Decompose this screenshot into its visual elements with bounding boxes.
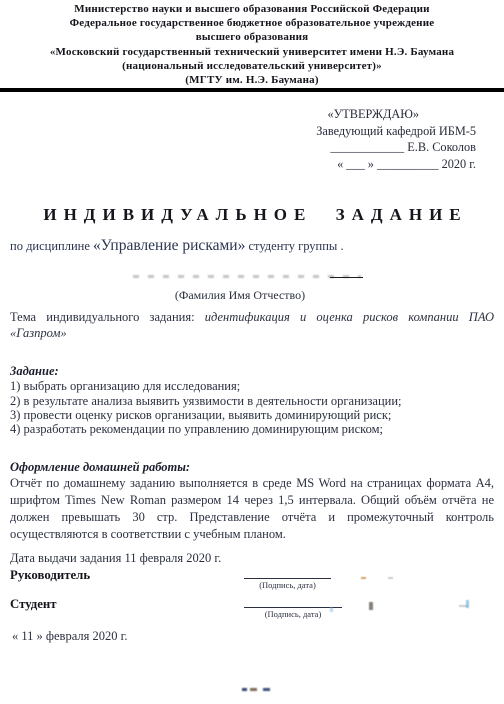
student-signature-area: (Подпись, дата): [244, 597, 342, 623]
blur-mark: [263, 688, 270, 691]
redacted-student-signature: [369, 602, 373, 610]
approver-signature-name: ____________ Е.В. Соколов: [271, 139, 476, 156]
supervisor-signature-caption: (Подпись, дата): [259, 580, 316, 590]
student-name-block: (Фамилия Имя Отчество): [0, 257, 504, 309]
header-divider-rule: [0, 88, 504, 92]
task-item-2: 2) в результате анализа выявить уязвимос…: [0, 394, 504, 408]
header-line-2: Федеральное государственное бюджетное об…: [0, 16, 504, 30]
discipline-line: по дисциплине «Управление рисками» студе…: [0, 235, 504, 257]
fio-caption: (Фамилия Имя Отчество): [10, 288, 470, 303]
group-number-dot: .: [340, 239, 343, 253]
task-item-1: 1) выбрать организацию для исследования;: [0, 379, 504, 393]
name-blank-underline: [330, 274, 363, 278]
theme-paragraph: Тема индивидуального задания: идентифика…: [0, 309, 504, 343]
approve-word: «УТВЕРЖДАЮ»: [271, 106, 476, 123]
redacted-mark-line-end: [330, 607, 333, 612]
supervisor-label: Руководитель: [10, 568, 244, 594]
ministry-header: Министерство науки и высшего образования…: [0, 0, 504, 87]
redacted-supervisor-name-2: [388, 577, 393, 579]
document-page: Министерство науки и высшего образования…: [0, 0, 504, 704]
discipline-prefix: по дисциплине: [10, 239, 90, 253]
tasks-section: Задание: 1) выбрать организацию для иссл…: [0, 364, 504, 437]
supervisor-signature-area: (Подпись, дата): [244, 568, 331, 594]
student-signature-line: [244, 597, 342, 608]
redacted-student-name: [133, 275, 361, 278]
approval-block: «УТВЕРЖДАЮ» Заведующий кафедрой ИБМ-5 __…: [271, 106, 476, 172]
header-line-3: высшего образования: [0, 30, 504, 44]
supervisor-signature-line: [244, 568, 331, 579]
blur-mark: [250, 688, 257, 691]
theme-label: Тема индивидуального задания:: [10, 310, 195, 324]
formatting-section: Оформление домашней работы: Отчёт по дом…: [0, 460, 504, 543]
issue-date: Дата выдачи задания 11 февраля 2020 г.: [0, 551, 504, 566]
supervisor-signature-row: Руководитель (Подпись, дата): [0, 568, 504, 594]
student-signature-row: Студент (Подпись, дата): [0, 597, 504, 623]
task-item-4: 4) разработать рекомендации по управлени…: [0, 422, 504, 436]
header-line-6: (МГТУ им. Н.Э. Баумана): [0, 73, 504, 87]
header-line-5: (национальный исследовательский универси…: [0, 59, 504, 73]
blurred-page-number: [242, 688, 270, 691]
footer-date: « 11 » февраля 2020 г.: [0, 629, 504, 644]
formatting-text: Отчёт по домашнему заданию выполняется в…: [0, 475, 504, 543]
document-title: ИНДИВИДУАЛЬНОЕ ЗАДАНИЕ: [0, 203, 504, 226]
redacted-student-name-right-2: [466, 600, 469, 608]
header-line-4: «Московский государственный технический …: [0, 45, 504, 59]
approval-date-blank: « ___ » __________ 2020 г.: [271, 156, 476, 173]
course-name: «Управление рисками»: [93, 237, 245, 254]
redacted-supervisor-name: [361, 577, 366, 580]
discipline-suffix: студенту группы: [248, 239, 337, 253]
task-item-3: 3) провести оценку рисков организации, в…: [0, 408, 504, 422]
formatting-label: Оформление домашней работы:: [0, 460, 504, 475]
student-signature-caption: (Подпись, дата): [265, 609, 322, 619]
approver-position: Заведующий кафедрой ИБМ-5: [271, 123, 476, 140]
header-line-1: Министерство науки и высшего образования…: [0, 2, 504, 16]
student-label: Студент: [10, 597, 244, 623]
blur-mark: [242, 688, 247, 691]
tasks-label: Задание:: [0, 364, 504, 379]
